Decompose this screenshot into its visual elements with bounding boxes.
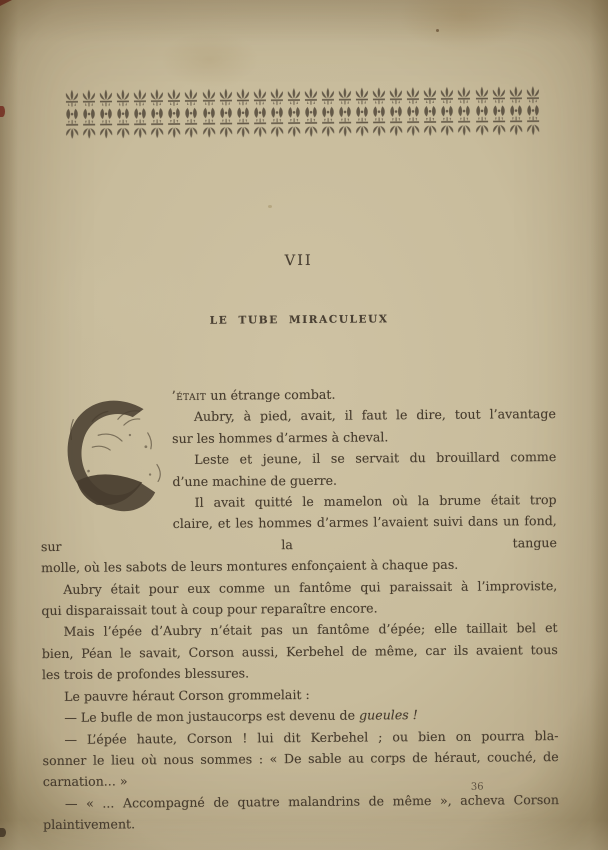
text-line: sonner le lieu où nous sommes : « De sab… bbox=[43, 746, 559, 771]
fleur-de-lis-icon bbox=[388, 85, 405, 139]
scanned-book-page: VII LE TUBE MIRACULEUX bbox=[0, 0, 608, 850]
fleur-de-lis-icon bbox=[507, 84, 524, 138]
text-line: Aubry était pour eux comme un fantôme qu… bbox=[41, 575, 557, 600]
body-text: ’était un étrange combat.Aubry, à pied, … bbox=[40, 382, 560, 836]
fleur-de-lis-icon bbox=[217, 87, 234, 141]
fleur-de-lis-icon bbox=[234, 86, 251, 140]
fleur-de-lis-icon bbox=[319, 86, 336, 140]
fleur-de-lis-icon bbox=[63, 88, 80, 142]
dropcap-initial-illustration bbox=[58, 389, 163, 517]
fleur-de-lis-icon bbox=[439, 85, 456, 139]
fleur-de-lis-icon bbox=[251, 86, 268, 140]
paper-speck bbox=[436, 29, 439, 32]
paper-speck bbox=[0, 828, 6, 837]
ornament-band bbox=[63, 84, 541, 142]
fleur-de-lis-icon bbox=[166, 87, 183, 141]
paper-speck bbox=[268, 205, 272, 208]
page-signature: 36 bbox=[471, 782, 484, 793]
fleur-de-lis-icon bbox=[353, 85, 370, 139]
chapter-title: LE TUBE MIRACULEUX bbox=[39, 312, 559, 328]
fleur-de-lis-icon bbox=[456, 85, 473, 139]
fleur-de-lis-icon bbox=[132, 87, 149, 141]
fleur-de-lis-icon bbox=[115, 87, 132, 141]
text-line: plaintivement. bbox=[43, 810, 559, 835]
fleur-de-lis-icon bbox=[149, 87, 166, 141]
fleur-de-lis-icon bbox=[405, 85, 422, 139]
fleur-de-lis-icon bbox=[97, 87, 114, 141]
fleur-de-lis-icon bbox=[268, 86, 285, 140]
fleur-de-lis-icon bbox=[524, 84, 541, 138]
fleur-de-lis-icon bbox=[422, 85, 439, 139]
fleur-de-lis-icon bbox=[183, 87, 200, 141]
fleur-de-lis-icon bbox=[285, 86, 302, 140]
fleur-de-lis-icon bbox=[473, 85, 490, 139]
fleur-de-lis-icon bbox=[490, 84, 507, 138]
fleur-de-lis-icon bbox=[80, 88, 97, 142]
fleur-de-lis-icon bbox=[336, 86, 353, 140]
text-line: claire, et les hommes d’armes l’avaient … bbox=[41, 510, 557, 557]
chapter-number: VII bbox=[39, 251, 559, 271]
fleur-de-lis-icon bbox=[302, 86, 319, 140]
page-content: VII LE TUBE MIRACULEUX bbox=[0, 0, 608, 850]
paper-speck bbox=[0, 106, 5, 117]
fleur-de-lis-icon bbox=[200, 87, 217, 141]
fleur-de-lis-icon bbox=[370, 85, 387, 139]
text-line: bien, Péan le savait, Corson aussi, Kerb… bbox=[42, 639, 558, 664]
